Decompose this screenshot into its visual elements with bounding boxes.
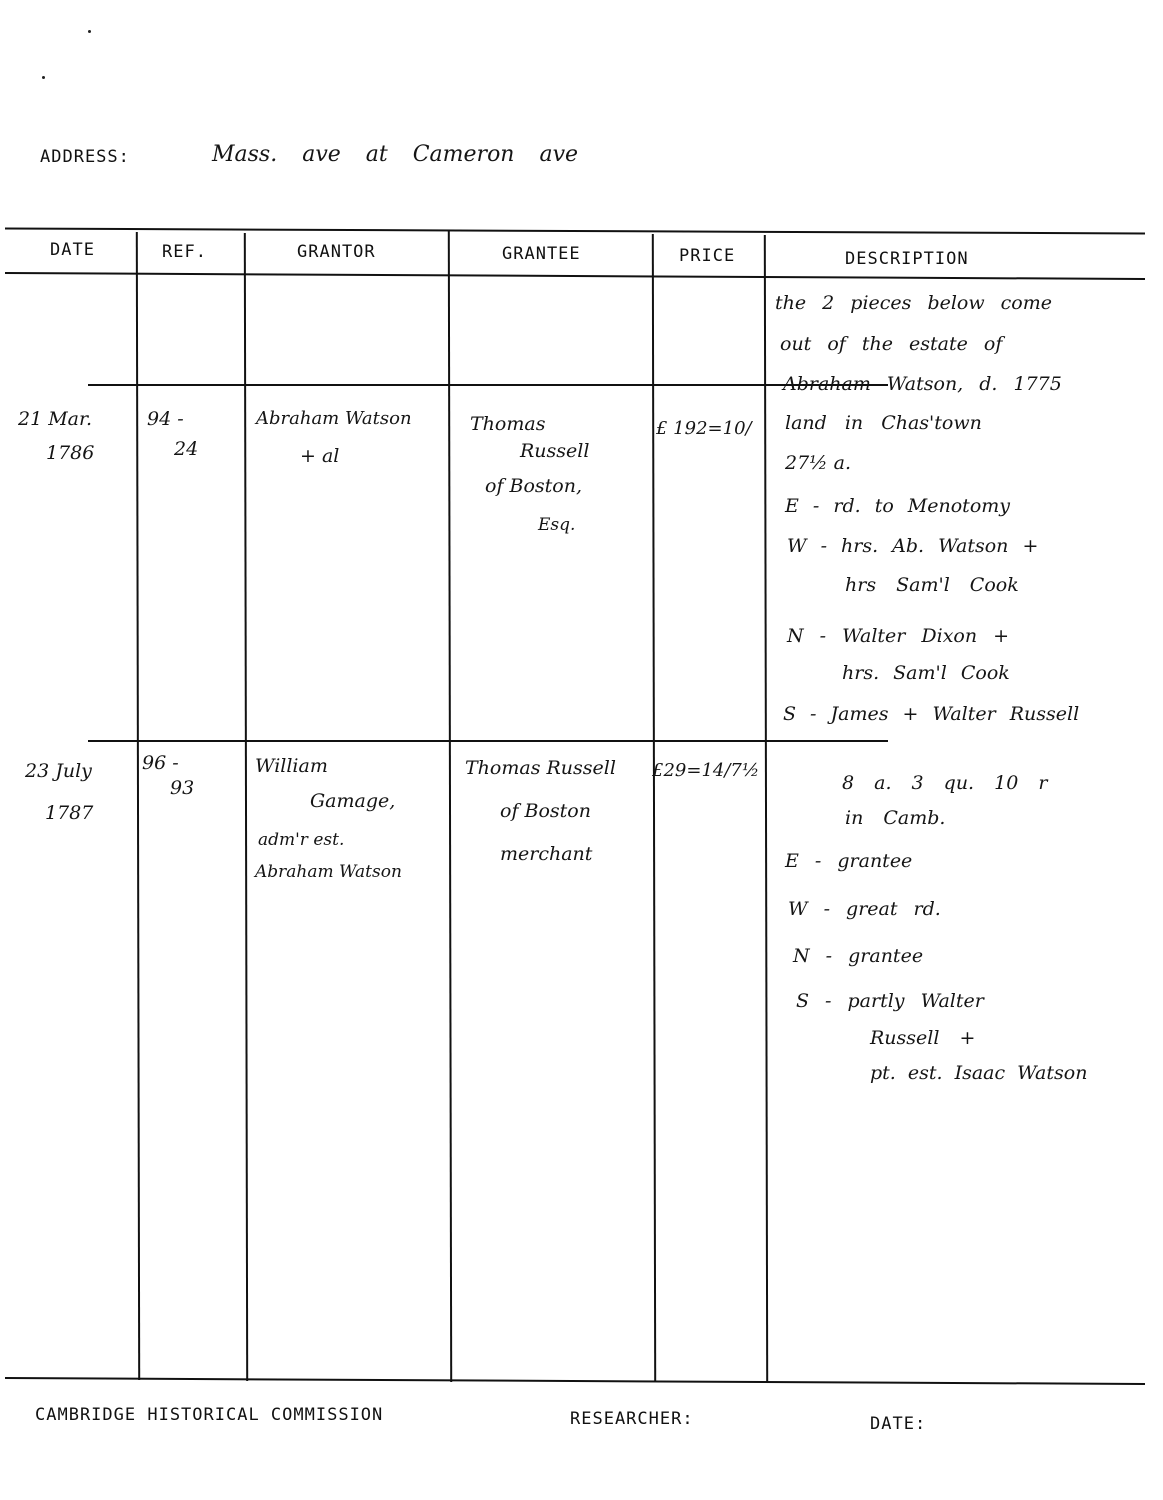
description-line: W - hrs. Ab. Watson + <box>787 535 1038 557</box>
description-line: N - Walter Dixon + <box>787 625 1009 647</box>
entry-grantor: Abraham Watson <box>256 408 412 429</box>
entry-ref: 93 <box>170 777 194 799</box>
table-bottom-rule <box>5 1377 1145 1385</box>
description-line: W - great rd. <box>788 898 941 920</box>
footer-researcher-label: RESEARCHER: <box>570 1409 694 1429</box>
footer-organization: CAMBRIDGE HISTORICAL COMMISSION <box>35 1405 383 1425</box>
address-value: Mass. ave at Cameron ave <box>212 142 578 167</box>
row-separator <box>88 384 888 386</box>
entry-grantor: Abraham Watson <box>255 862 402 882</box>
column-header-price: PRICE <box>679 246 735 266</box>
description-line: E - grantee <box>785 850 912 872</box>
entry-grantor: William <box>255 755 328 777</box>
entry-grantee: Russell <box>520 440 589 462</box>
description-line: in Camb. <box>845 807 945 829</box>
description-line: hrs Sam'l Cook <box>845 574 1019 596</box>
description-line: S - James + Walter Russell <box>783 703 1079 725</box>
description-line: pt. est. Isaac Watson <box>870 1062 1087 1084</box>
stray-mark <box>88 30 91 33</box>
stray-mark <box>42 76 45 79</box>
entry-grantee: of Boston <box>500 800 591 822</box>
entry-ref: 96 - <box>142 752 179 774</box>
description-line: 8 a. 3 qu. 10 r <box>842 772 1047 794</box>
description-line: out of the estate of <box>780 333 1002 355</box>
entry-ref: 94 - <box>147 408 184 430</box>
entry-ref: 24 <box>174 438 198 460</box>
entry-price: £29=14/7½ <box>652 760 759 781</box>
entry-grantee: Esq. <box>538 515 575 535</box>
column-header-date: DATE <box>50 240 95 260</box>
entry-grantee: Thomas Russell <box>465 757 616 779</box>
column-divider-grantee-price <box>652 234 656 1382</box>
entry-grantor: + al <box>300 445 339 467</box>
row-separator <box>88 740 888 742</box>
column-divider-grantor-grantee <box>448 230 452 1382</box>
footer-date-label: DATE: <box>870 1414 926 1434</box>
entry-grantee: merchant <box>500 843 592 865</box>
description-line: hrs. Sam'l Cook <box>842 662 1010 684</box>
entry-price: £ 192=10/ <box>656 418 752 439</box>
column-header-ref: REF. <box>162 242 207 262</box>
column-header-description: DESCRIPTION <box>845 249 969 269</box>
table-top-rule <box>5 228 1145 235</box>
description-line: E - rd. to Menotomy <box>785 495 1010 517</box>
column-divider-price-description <box>764 235 768 1383</box>
column-divider-date-ref <box>136 232 140 1380</box>
description-line: land in Chas'town <box>785 412 982 434</box>
entry-date: 1786 <box>46 442 94 464</box>
column-header-grantee: GRANTEE <box>502 244 581 264</box>
description-line: N - grantee <box>793 945 923 967</box>
entry-date: 23 July <box>25 760 92 782</box>
description-line: Russell + <box>870 1027 975 1049</box>
header-bottom-rule <box>5 272 1145 280</box>
entry-date: 21 Mar. <box>18 408 92 430</box>
column-divider-ref-grantor <box>244 233 248 1381</box>
address-label: ADDRESS: <box>40 147 130 167</box>
entry-grantee: Thomas <box>470 413 545 435</box>
column-header-grantor: GRANTOR <box>297 242 376 262</box>
entry-grantor: adm'r est. <box>258 830 344 850</box>
description-line: the 2 pieces below come <box>775 292 1052 314</box>
description-line: S - partly Walter <box>796 990 984 1012</box>
description-line: 27½ a. <box>785 452 851 474</box>
entry-date: 1787 <box>45 802 93 824</box>
entry-grantee: of Boston, <box>485 475 582 497</box>
entry-grantor: Gamage, <box>310 790 395 812</box>
